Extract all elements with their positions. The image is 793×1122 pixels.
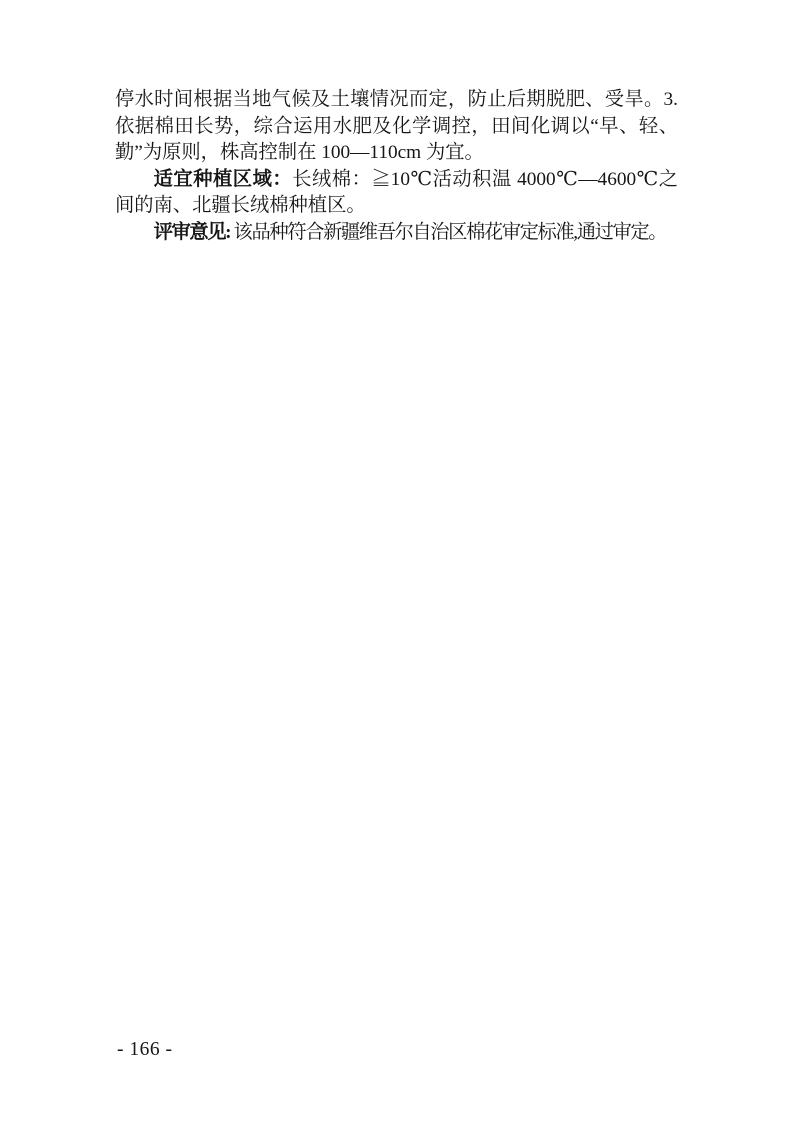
- paragraph-text: 停水时间根据当地气候及土壤情况而定，防止后期脱肥、受旱。3.依据棉田长势，综合运…: [115, 89, 678, 163]
- paragraph-lead-label: 评审意见:: [154, 222, 231, 243]
- paragraph-cultivation-notes: 停水时间根据当地气候及土壤情况而定，防止后期脱肥、受旱。3.依据棉田长势，综合运…: [115, 87, 678, 167]
- paragraph-text: 该品种符合新疆维吾尔自治区棉花审定标准,通过审定。: [230, 222, 666, 243]
- page-number: - 166 -: [117, 1038, 173, 1062]
- page-body-text: 停水时间根据当地气候及土壤情况而定，防止后期脱肥、受旱。3.依据棉田长势，综合运…: [115, 87, 678, 247]
- paragraph-review-opinion: 评审意见: 该品种符合新疆维吾尔自治区棉花审定标准,通过审定。: [115, 220, 678, 247]
- document-page: 停水时间根据当地气候及土壤情况而定，防止后期脱肥、受旱。3.依据棉田长势，综合运…: [0, 0, 793, 1122]
- paragraph-suitable-region: 适宜种植区域：长绒棉：≧10℃活动积温 4000℃—4600℃之间的南、北疆长绒…: [115, 167, 678, 220]
- paragraph-lead-label: 适宜种植区域：: [154, 169, 293, 190]
